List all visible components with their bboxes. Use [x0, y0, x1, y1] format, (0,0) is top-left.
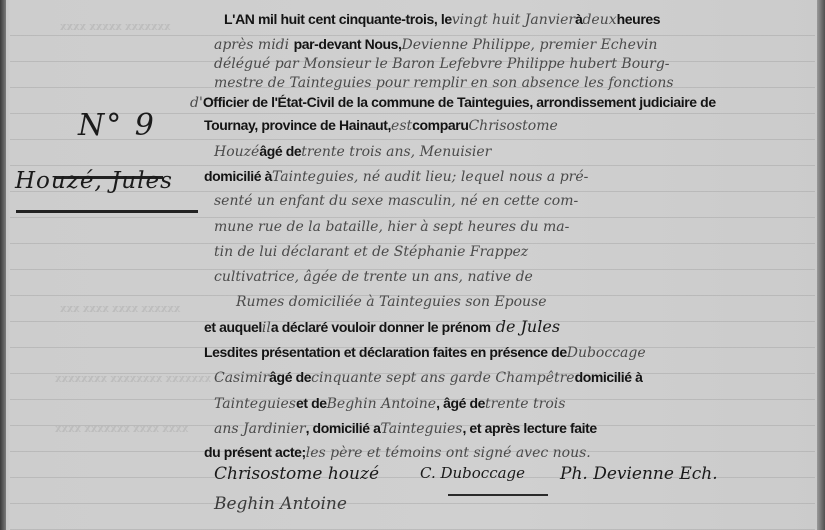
record-line: Houzé âgé de trente trois ans, Menuisier — [214, 142, 491, 162]
handwritten-text: deux — [582, 12, 616, 28]
record-line: L'AN mil huit cent cinquante-trois, le v… — [224, 10, 660, 30]
register-page: xxxxxxx xxxxx xxxx xxxxxx xxxx xxxx xxx … — [0, 0, 825, 530]
printed-text: domicilié à — [575, 368, 643, 386]
printed-text: domicilié à — [204, 167, 272, 185]
margin-underline — [16, 210, 198, 213]
record-line: cultivatrice, âgée de trente un ans, nat… — [214, 268, 533, 287]
handwritten-text: Beghin Antoine — [327, 396, 436, 412]
printed-text: comparu — [412, 116, 468, 134]
handwritten-text: est — [391, 118, 412, 134]
record-line: et auquel il a déclaré vouloir donner le… — [204, 318, 560, 338]
handwritten-text: Rumes domiciliée à Tainteguies son Epous… — [236, 294, 547, 310]
handwritten-text: cultivatrice, âgée de trente un ans, nat… — [214, 269, 533, 285]
bleed-through-text: à xxxxxxx xxxxxxxx xxxxxxxx — [55, 370, 221, 386]
bleed-through-text: xxxxxxx xxxxx xxxx — [60, 18, 171, 34]
handwritten-text: Chrisostome — [468, 118, 557, 134]
record-line: mestre de Tainteguies pour remplir en so… — [214, 74, 674, 93]
handwritten-text: tin de lui déclarant et de Stéphanie Fra… — [214, 244, 528, 260]
record-line: domicilié à Tainteguies, né audit lieu; … — [204, 167, 588, 187]
handwritten-text: Duboccage — [567, 345, 646, 361]
handwritten-text: Tainteguies — [214, 396, 296, 412]
record-line: tin de lui déclarant et de Stéphanie Fra… — [214, 243, 528, 262]
record-line: après midi par-devant Nous, Devienne Phi… — [214, 35, 657, 55]
page-binding-edge-right — [817, 0, 825, 530]
record-line: Tainteguies et de Beghin Antoine , âgé d… — [214, 394, 565, 414]
handwritten-text: il — [262, 320, 271, 336]
handwritten-text: Houzé — [214, 144, 259, 160]
handwritten-text: trente trois — [485, 396, 565, 412]
handwritten-text: cinquante sept ans garde Champêtre — [311, 370, 574, 386]
printed-text: et de — [296, 394, 327, 412]
subject-name: Houzé, Jules — [15, 168, 173, 194]
handwritten-text: trente trois ans, Menuisier — [301, 144, 491, 160]
record-line: ans Jardinier , domicilié a Tainteguies … — [214, 419, 597, 439]
record-line: d'Officier de l'État-Civil de la commune… — [190, 93, 716, 113]
record-line: Casimir âgé de cinquante sept ans garde … — [214, 368, 643, 388]
handwritten-text: ans Jardinier — [214, 421, 306, 437]
printed-text: Tournay, province de Hainaut, — [204, 116, 391, 134]
handwritten-text: d' — [190, 95, 203, 111]
record-line: du présent acte; les père et témoins ont… — [204, 443, 591, 463]
handwritten-text: vingt huit Janvier — [452, 12, 575, 28]
page-binding-edge-left — [0, 0, 6, 530]
signature-father: Chrisostome houzé — [214, 464, 379, 484]
record-line: mune rue de la bataille, hier à sept heu… — [214, 218, 569, 237]
handwritten-text: les père et témoins ont signé avec nous. — [306, 445, 591, 461]
printed-text: , et après lecture faite — [462, 419, 596, 437]
handwritten-text: Casimir — [214, 370, 269, 386]
handwritten-text: mestre de Tainteguies pour remplir en so… — [214, 75, 674, 91]
printed-text: a déclaré vouloir donner le prénom — [271, 318, 491, 336]
printed-text: heures — [617, 10, 661, 28]
bleed-through-text: xxxxxx xxxx xxxx xxx — [60, 300, 180, 316]
printed-text: du présent acte; — [204, 443, 306, 461]
printed-text: par-devant Nous, — [294, 35, 402, 53]
printed-text: âgé de — [259, 142, 301, 160]
record-line: Lesdites présentation et déclaration fai… — [204, 343, 646, 363]
handwritten-text: Tainteguies, né audit lieu; lequel nous … — [272, 169, 588, 185]
bleed-through-text: xxxx xxxx xxxxxxx xxxx — [55, 420, 188, 436]
record-line: délégué par Monsieur le Baron Lefebvre P… — [214, 55, 670, 74]
printed-text: , âgé de — [436, 394, 485, 412]
printed-text: âgé de — [269, 368, 311, 386]
printed-text: et auquel — [204, 318, 262, 336]
entry-number: N° 9 — [78, 108, 156, 143]
record-line: Tournay, province de Hainaut, est compar… — [204, 116, 558, 136]
handwritten-text: Tainteguies — [381, 421, 463, 437]
signature-witness-1: C. Duboccage — [420, 464, 525, 482]
handwritten-text: de Jules — [491, 317, 560, 336]
signature-witness-2: Beghin Antoine — [214, 494, 347, 514]
handwritten-text: mune rue de la bataille, hier à sept heu… — [214, 219, 569, 235]
printed-text: Officier de l'État-Civil de la commune d… — [203, 93, 716, 111]
handwritten-text: après midi — [214, 37, 294, 53]
handwritten-text: Devienne Philippe, premier Echevin — [402, 37, 658, 53]
signature-flourish — [448, 494, 548, 496]
printed-text: Lesdites présentation et déclaration fai… — [204, 343, 567, 361]
signature-officer: Ph. Devienne Ech. — [560, 464, 718, 484]
record-line: Rumes domiciliée à Tainteguies son Epous… — [236, 293, 547, 312]
handwritten-text: délégué par Monsieur le Baron Lefebvre P… — [214, 56, 670, 72]
record-line: senté un enfant du sexe masculin, né en … — [214, 192, 578, 211]
handwritten-text: senté un enfant du sexe masculin, né en … — [214, 193, 578, 209]
printed-text: L'AN mil huit cent cinquante-trois, le — [224, 10, 452, 28]
printed-text: , domicilié a — [306, 419, 381, 437]
